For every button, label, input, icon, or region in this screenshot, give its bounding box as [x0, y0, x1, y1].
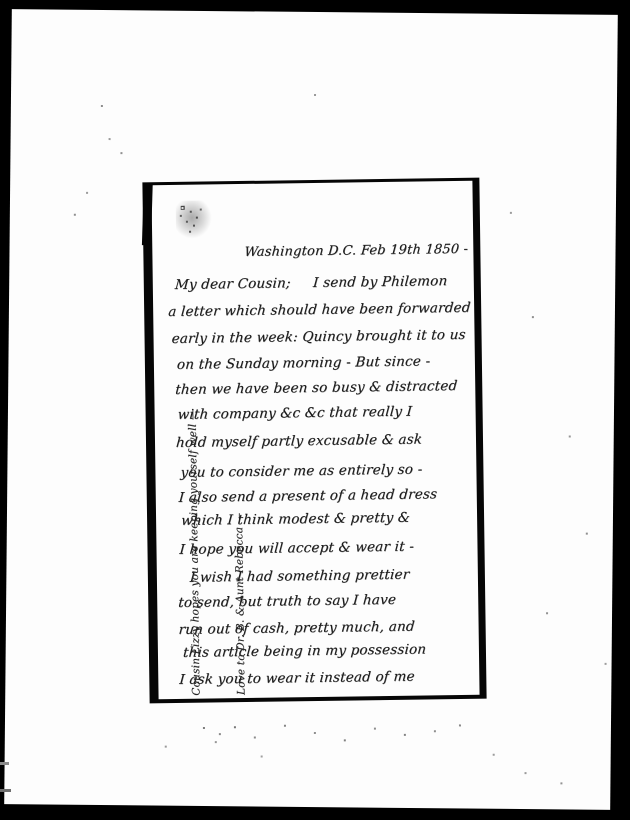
scanned-letter-view: Washington D.C. Feb 19th 1850 - My dear …	[0, 0, 630, 820]
letter-body: Washington D.C. Feb 19th 1850 - My dear …	[151, 181, 479, 699]
dateline: Washington D.C. Feb 19th 1850 -	[244, 241, 469, 261]
film-edge-mark	[0, 789, 11, 792]
marginalia-line-1: Cousin Lizzy hopes you are keeping yours…	[183, 244, 204, 696]
film-edge-mark	[0, 762, 9, 765]
letter-page: Washington D.C. Feb 19th 1850 - My dear …	[142, 178, 486, 704]
marginalia-line-2: Love to Dr. B. & Aunt Rebecca —	[228, 243, 249, 695]
ink-smudge-specks	[182, 207, 184, 209]
scan-noise	[12, 9, 14, 11]
marginalia-block: Cousin Lizzy hopes you are keeping yours…	[153, 243, 279, 697]
